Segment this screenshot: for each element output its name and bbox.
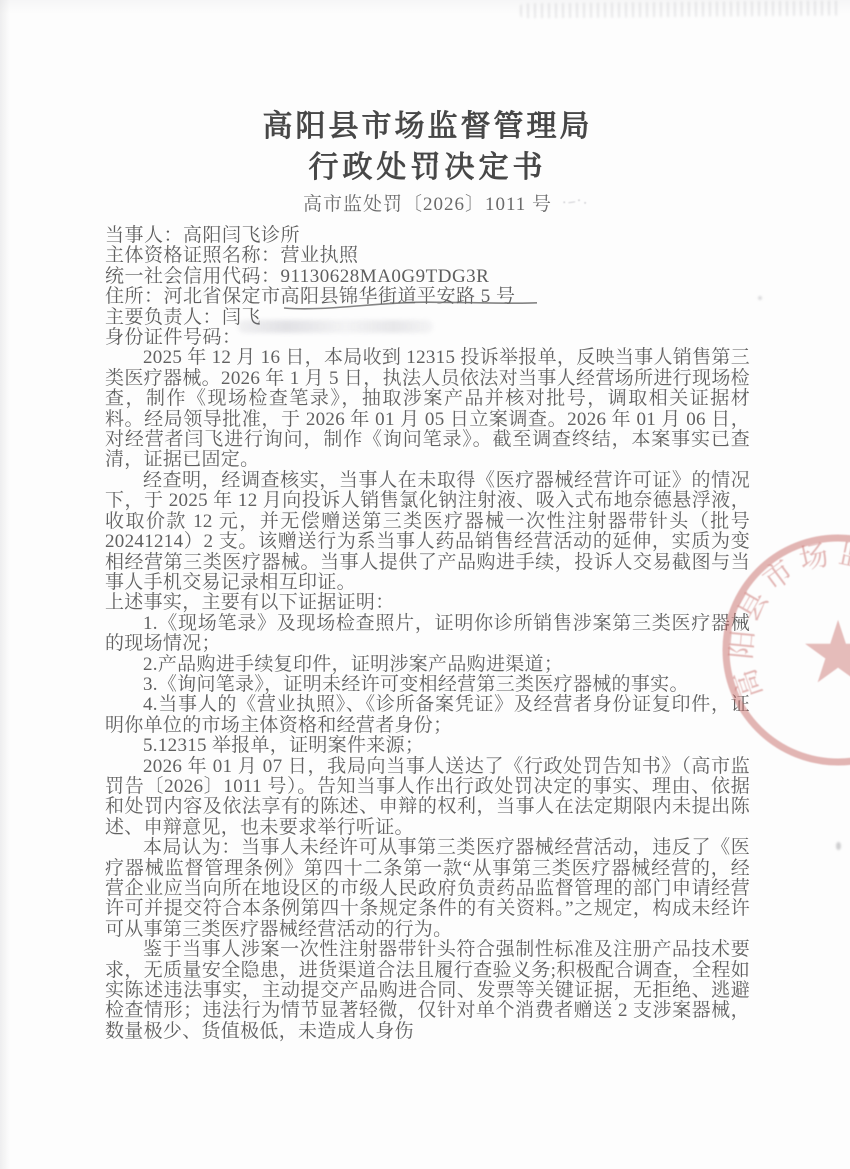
evidence-item-5: 5.12315 举报单，证明案件来源； — [105, 736, 750, 756]
scanned-penalty-decision-page: 高阳县市场监督管理局 行政处罚决定书 高市监处罚〔2026〕1011 号 当事人… — [0, 0, 850, 1169]
paragraph-legal-opinion: 本局认为：当事人未经许可从事第三类医疗器械经营活动，违反了《医疗器械监督管理条例… — [105, 838, 750, 940]
credit-code-line: 统一社会信用代码：91130628MA0G9TDG3R — [105, 267, 750, 287]
agency-name-title: 高阳县市场监督管理局 — [105, 0, 750, 148]
license-name-line: 主体资格证照名称：营业执照 — [105, 246, 750, 266]
paragraph-investigation: 2025 年 12 月 16 日，本局收到 12315 投诉举报单，反映当事人销… — [105, 348, 750, 470]
document-type-title: 行政处罚决定书 — [105, 148, 750, 188]
evidence-item-3: 3.《询问笔录》，证明未经许可变相经营第三类医疗器械的事实。 — [105, 675, 750, 695]
evidence-intro: 上述事实，主要有以下证据证明： — [105, 593, 750, 613]
principal-redaction-strike-line — [282, 296, 540, 314]
seal-star-icon: ★ — [799, 605, 850, 701]
paragraph-notice: 2026 年 01 月 07 日，我局向当事人送达了《行政处罚告知书》（高市监罚… — [105, 757, 750, 839]
scan-speck-mid — [758, 296, 762, 300]
evidence-item-1: 1.《现场笔录》及现场检查照片，证明你诊所销售涉案第三类医疗器械的现场情况； — [105, 614, 750, 655]
document-number: 高市监处罚〔2026〕1011 号 — [105, 192, 750, 218]
scan-noise-top-band — [520, 1, 842, 19]
paragraph-mitigation: 鉴于当事人涉案一次性注射器带针头符合强制性标准及注册产品技术要求，无质量安全隐患… — [105, 940, 750, 1042]
evidence-item-4: 4.当事人的《营业执照》、《诊所备案凭证》及经营者身份证复印件，证明你单位的市场… — [105, 695, 750, 736]
document-content: 高阳县市场监督管理局 行政处罚决定书 高市监处罚〔2026〕1011 号 当事人… — [105, 0, 750, 1042]
id-number-redaction-smudge — [238, 320, 433, 333]
evidence-item-2: 2.产品购进手续复印件，证明涉案产品购进渠道； — [105, 655, 750, 675]
paragraph-findings: 经查明，经调查核实，当事人在未取得《医疗器械经营许可证》的情况下，于 2025 … — [105, 471, 750, 593]
party-name-line: 当事人：高阳闫飞诊所 — [105, 226, 750, 246]
scan-speck-right-edge — [836, 842, 841, 850]
official-seal: 高阳县市场监督管理局 ★ — [698, 510, 850, 790]
